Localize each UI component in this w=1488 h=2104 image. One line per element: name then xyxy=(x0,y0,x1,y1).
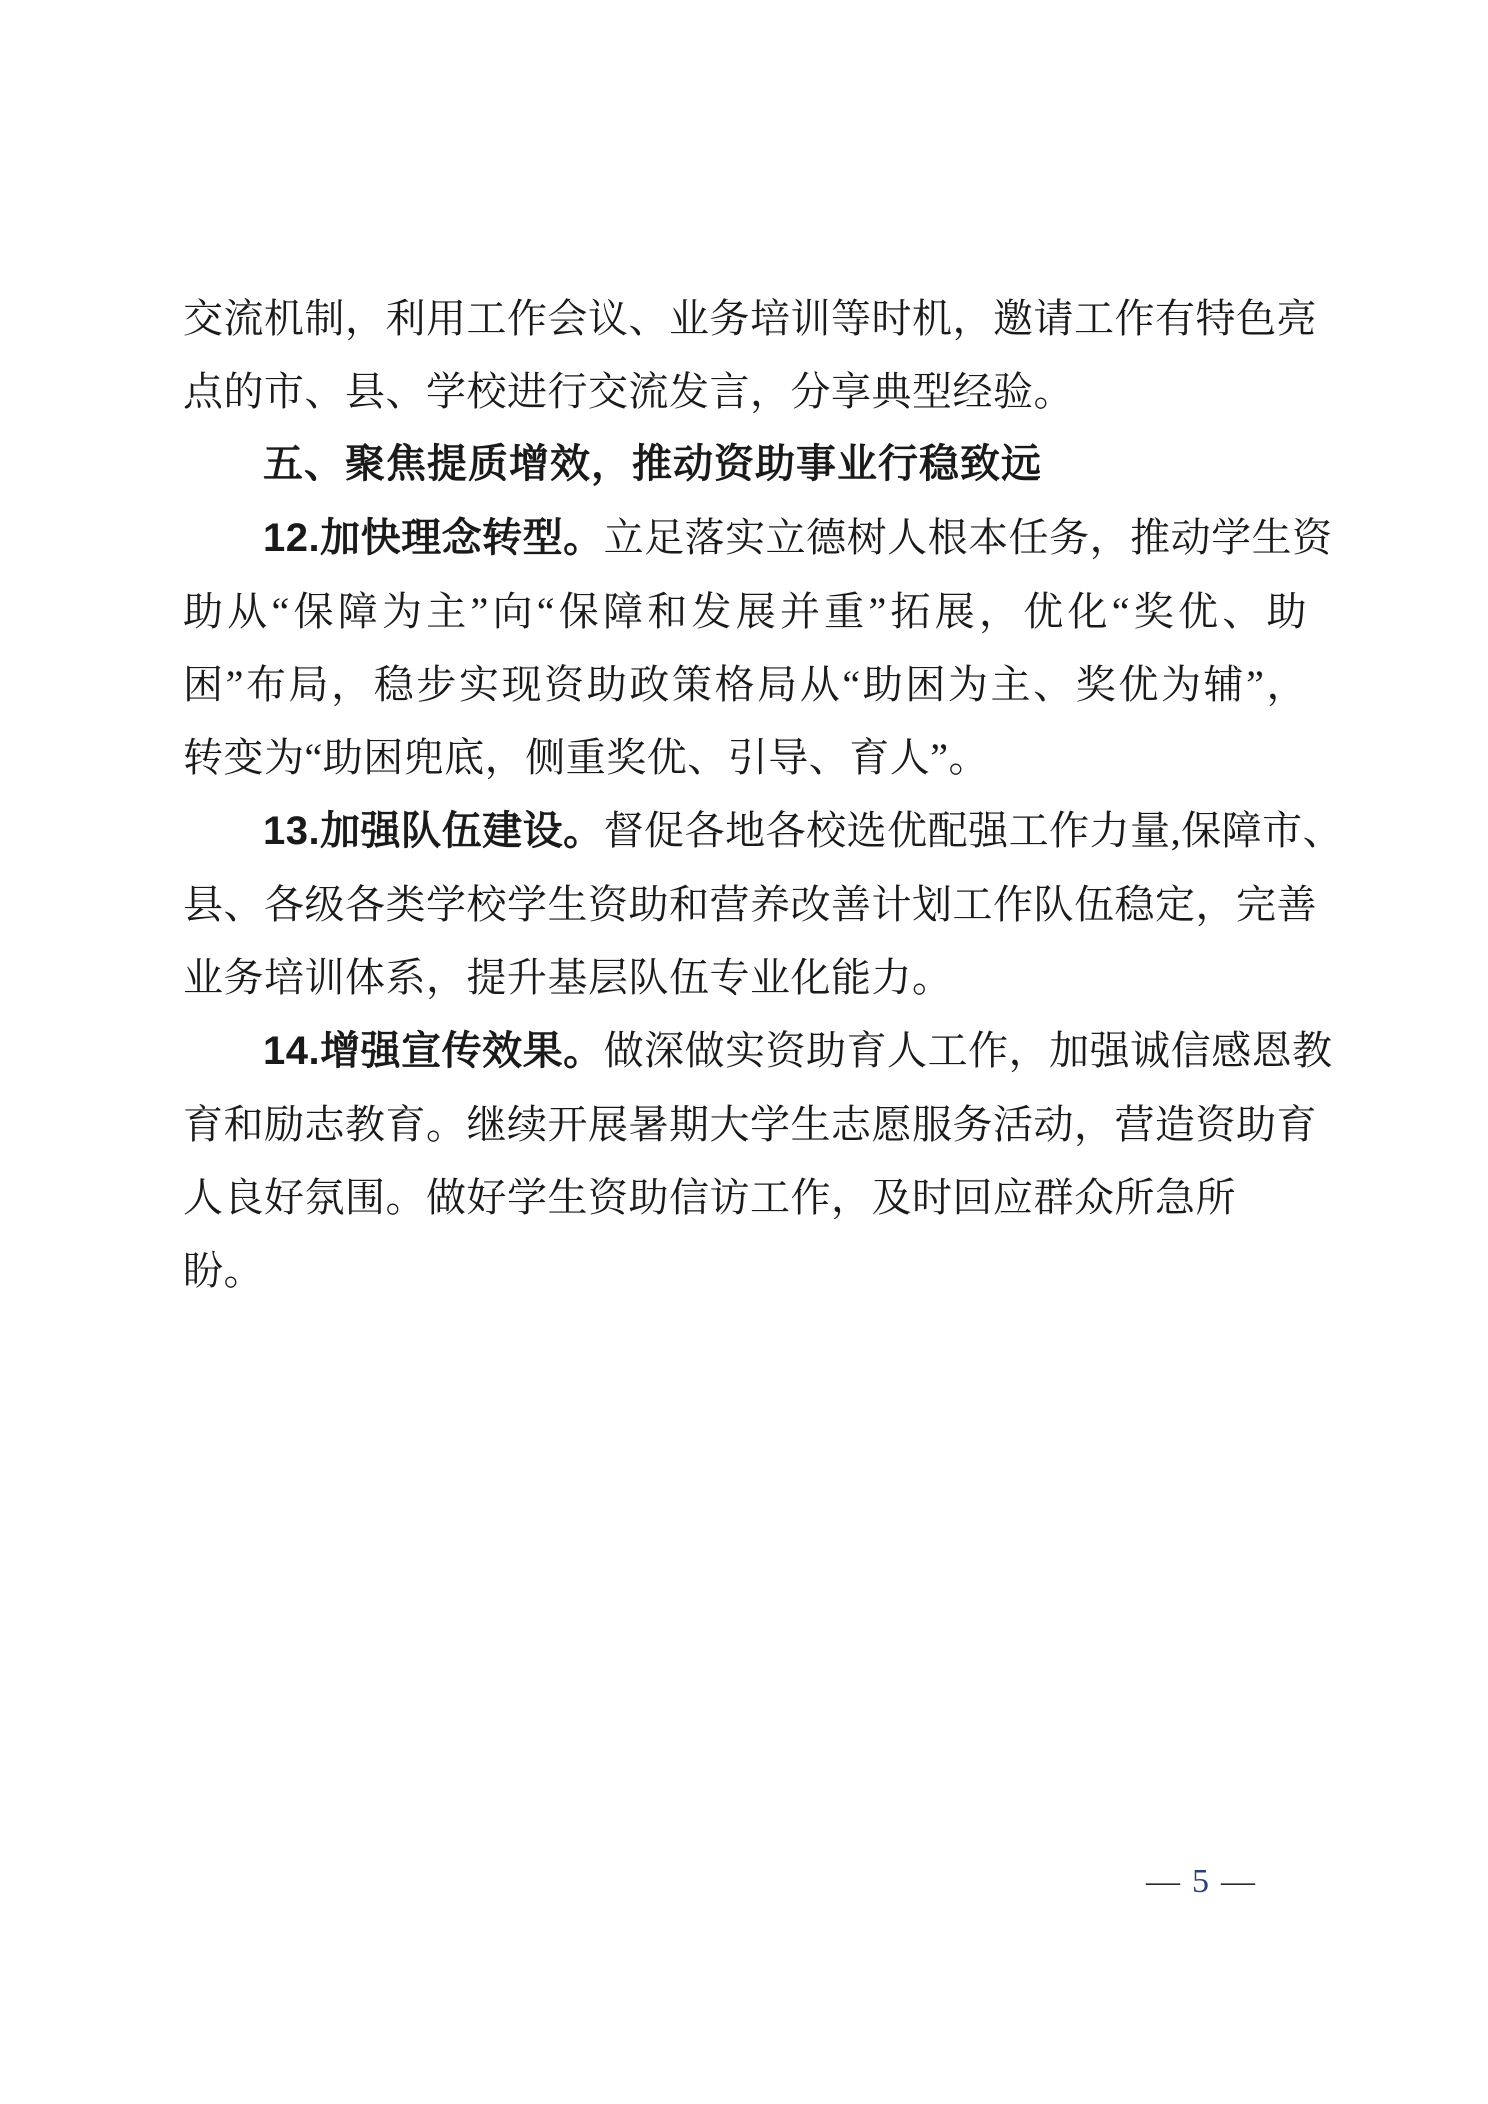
text-line: 交流机制，利用工作会议、业务培训等时机，邀请工作有特色亮 xyxy=(183,282,1307,355)
text-line: 点的市、县、学校进行交流发言，分享典型经验。 xyxy=(183,355,1307,428)
item-number-lead: 14.增强宣传效果。 xyxy=(263,1029,604,1073)
line-text: 困”布局，稳步实现资助政策格局从“助困为主、奖优为辅”， xyxy=(183,662,1307,707)
line-text: 育和励志教育。继续开展暑期大学生志愿服务活动，营造资助育 xyxy=(183,1102,1317,1147)
line-text: 做深做实资助育人工作，加强诚信感恩教 xyxy=(604,1028,1333,1073)
text-line: 困”布局，稳步实现资助政策格局从“助困为主、奖优为辅”， xyxy=(183,648,1307,721)
page-number: 5 xyxy=(1182,1863,1221,1900)
text-line: 业务培训体系，提升基层队伍专业化能力。 xyxy=(183,941,1307,1014)
heading-text: 五、聚焦提质增效，推动资助事业行稳致远 xyxy=(263,442,1042,486)
text-line: 助从“保障为主”向“保障和发展并重”拓展，优化“奖优、助 xyxy=(183,575,1307,648)
item-number-lead: 13.加强队伍建设。 xyxy=(263,809,604,853)
line-text: 助从“保障为主”向“保障和发展并重”拓展，优化“奖优、助 xyxy=(183,589,1307,634)
line-text: 立足落实立德树人根本任务，推动学生资 xyxy=(604,515,1333,560)
page-footer: —5— xyxy=(1146,1862,1257,1902)
line-text: 督促各地各校选优配强工作力量,保障市、 xyxy=(604,808,1344,853)
text-line: 12.加快理念转型。立足落实立德树人根本任务，推动学生资 xyxy=(183,501,1307,575)
text-line: 育和励志教育。继续开展暑期大学生志愿服务活动，营造资助育 xyxy=(183,1088,1307,1161)
document-page: 交流机制，利用工作会议、业务培训等时机，邀请工作有特色亮 点的市、县、学校进行交… xyxy=(0,0,1488,2104)
section-heading: 五、聚焦提质增效，推动资助事业行稳致远 xyxy=(183,428,1307,501)
line-text: 点的市、县、学校进行交流发言，分享典型经验。 xyxy=(183,369,1074,414)
text-line: 县、各级各类学校学生资助和营养改善计划工作队伍稳定，完善 xyxy=(183,868,1307,941)
footer-dash-left: — xyxy=(1146,1863,1182,1900)
line-text: 转变为“助困兜底，侧重奖优、引导、育人”。 xyxy=(183,735,989,780)
text-line: 13.加强队伍建设。督促各地各校选优配强工作力量,保障市、 xyxy=(183,794,1307,868)
line-text: 交流机制，利用工作会议、业务培训等时机，邀请工作有特色亮 xyxy=(183,296,1317,341)
line-text: 人良好氛围。做好学生资助信访工作，及时回应群众所急所盼。 xyxy=(183,1175,1236,1293)
document-body: 交流机制，利用工作会议、业务培训等时机，邀请工作有特色亮 点的市、县、学校进行交… xyxy=(183,282,1307,1307)
text-line: 人良好氛围。做好学生资助信访工作，及时回应群众所急所盼。 xyxy=(183,1161,1307,1307)
text-line: 14.增强宣传效果。做深做实资助育人工作，加强诚信感恩教 xyxy=(183,1014,1307,1088)
line-text: 业务培训体系，提升基层队伍专业化能力。 xyxy=(183,955,953,1000)
item-number-lead: 12.加快理念转型。 xyxy=(263,516,604,560)
text-line: 转变为“助困兜底，侧重奖优、引导、育人”。 xyxy=(183,721,1307,794)
footer-dash-right: — xyxy=(1221,1863,1257,1900)
line-text: 县、各级各类学校学生资助和营养改善计划工作队伍稳定，完善 xyxy=(183,882,1317,927)
